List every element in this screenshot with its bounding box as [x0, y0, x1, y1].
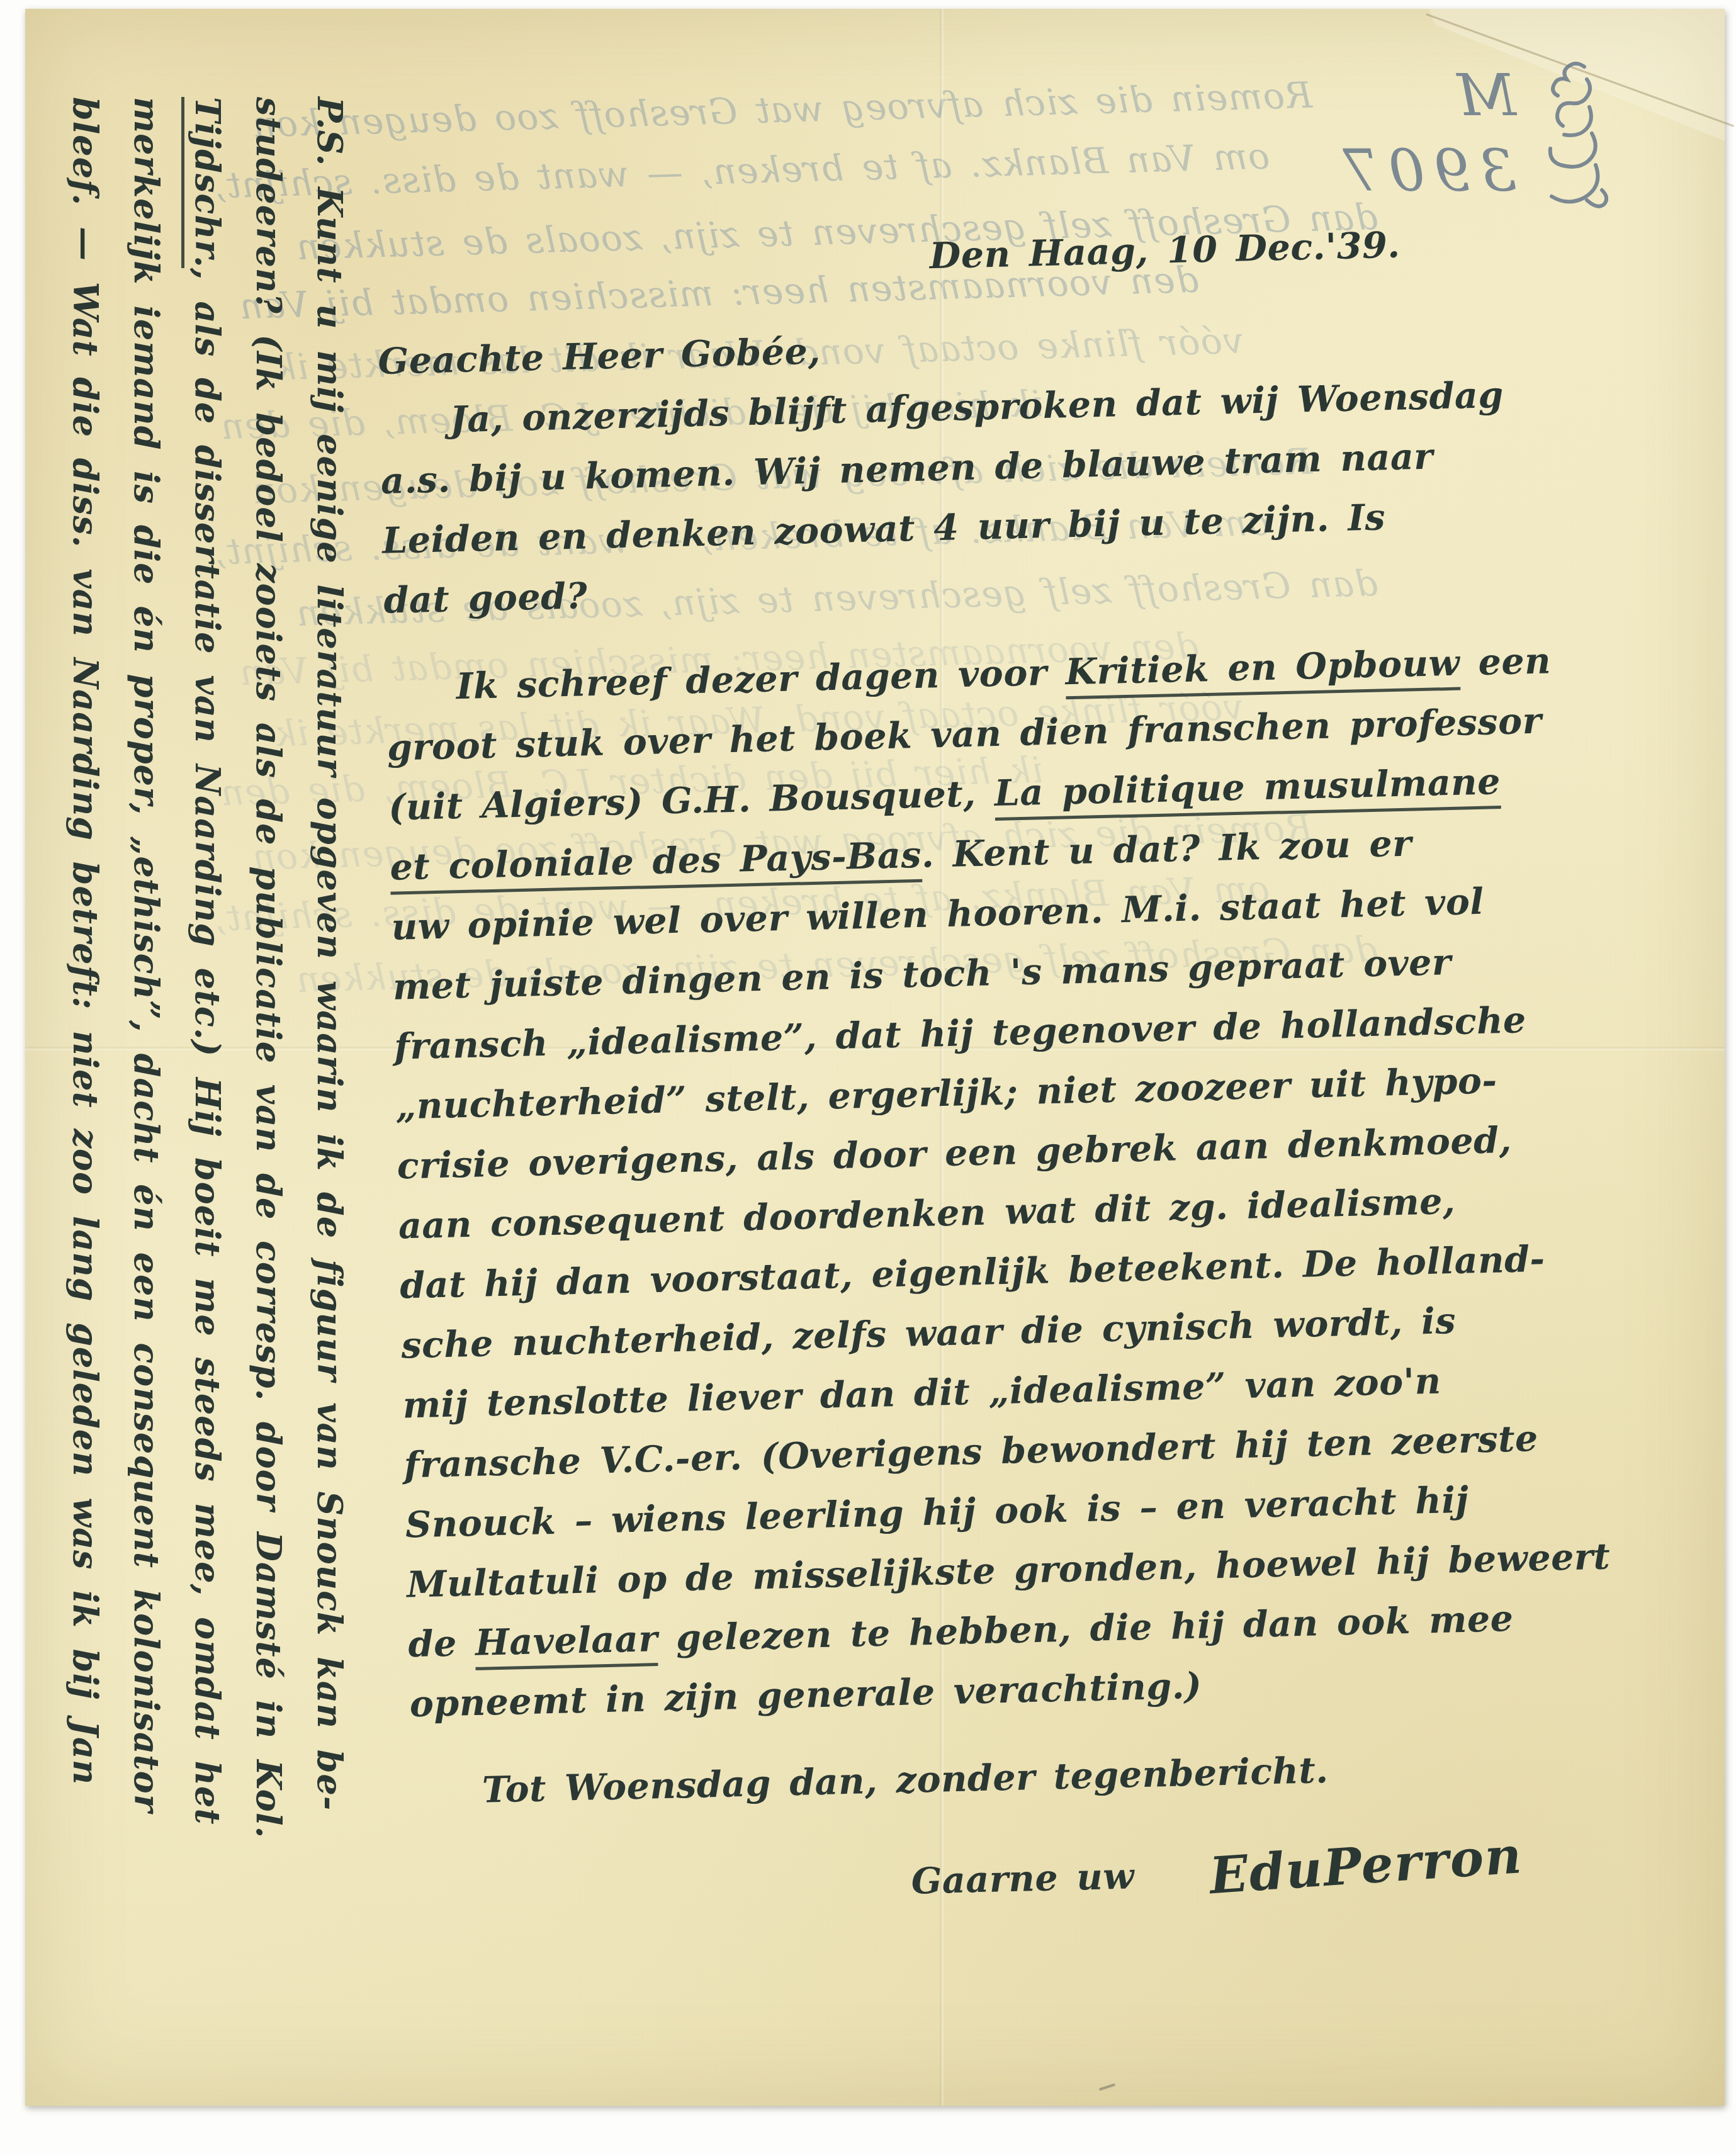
underlined-phrase: Tijdschr.: [181, 97, 228, 268]
paragraph: Ja, onzerzijds blijft afgesproken dat wi…: [379, 362, 1637, 631]
underlined-phrase: Kritiek en Opbouw: [1065, 642, 1460, 700]
bleedthrough-line: Romein die zich afvroeg wat Greshoff zoo…: [251, 74, 1312, 145]
text-segment: P.S. Kunt u mij eenige literatuur opgeve…: [310, 97, 350, 1811]
text-segment: gelezen te hebben, die hij dan ook mee: [657, 1597, 1514, 1660]
underlined-phrase: et coloniale des Pays-Bas: [390, 834, 922, 895]
lion-emblem-icon: [1533, 58, 1608, 222]
text-segment: Tot Woensdag dan, zonder tegenbericht.: [482, 1749, 1329, 1811]
paragraph: Ik schreef dezer dagen voor Kritiek en O…: [385, 629, 1663, 1734]
letter-line: Tijdschr., als de dissertatie van Naardi…: [177, 97, 238, 2073]
text-segment: (uit Algiers) G.H. Bousquet,: [388, 772, 995, 829]
letter-paragraphs: Ja, onzerzijds blijft afgesproken dat wi…: [379, 362, 1665, 1821]
text-segment: opneemt in zijn generale verachting.): [409, 1665, 1202, 1726]
text-segment: . Kent u dat? Ik zou er: [921, 822, 1412, 875]
letter-body: Den Haag, 10 Dec.'39. Geachte Heer Gobée…: [375, 210, 1667, 1923]
letter-line: bleef. — Wat die diss. van Naarding betr…: [55, 97, 116, 2073]
letter-line: studeeren? (Ik bedoel zooiets als de pub…: [238, 97, 299, 2073]
letter-line: merkelijk iemand is die én proper, „ethi…: [116, 97, 177, 2073]
text-segment: merkelijk iemand is die én proper, „ethi…: [127, 97, 167, 1813]
bleedthrough-line: om Van Blankz. af te breken, — want de d…: [213, 136, 1270, 207]
text-segment: dat goed?: [383, 575, 588, 622]
text-segment: studeeren? (Ik bedoel zooiets als de pub…: [249, 97, 289, 1838]
underlined-phrase: La politique musulmane: [994, 760, 1501, 821]
paragraph: Tot Woensdag dan, zonder tegenbericht.: [411, 1732, 1665, 1821]
signature: EduPerron: [1208, 1825, 1525, 1906]
letter-line: Tot Woensdag dan, zonder tegenbericht.: [411, 1732, 1665, 1821]
text-segment: bleef. — Wat die diss. van Naarding betr…: [65, 97, 106, 1785]
archive-stamp: M 3907: [1281, 58, 1608, 184]
text-segment: Ik schreef dezer dagen voor: [456, 651, 1066, 707]
signoff-label: Gaarne uw: [911, 1846, 1135, 1911]
text-segment: , als de dissertatie van Naarding etc.) …: [188, 268, 228, 1825]
stamp-number: M 3907: [1281, 58, 1516, 209]
text-segment: de: [408, 1622, 476, 1665]
text-segment: een: [1459, 639, 1551, 684]
underlined-phrase: Havelaar: [475, 1618, 658, 1670]
letter-page: Romein die zich afvroeg wat Greshoff zoo…: [25, 9, 1725, 2106]
margin-postscript: P.S. Kunt u mij eenige literatuur opgeve…: [48, 97, 360, 2073]
letter-line: P.S. Kunt u mij eenige literatuur opgeve…: [299, 97, 360, 2073]
